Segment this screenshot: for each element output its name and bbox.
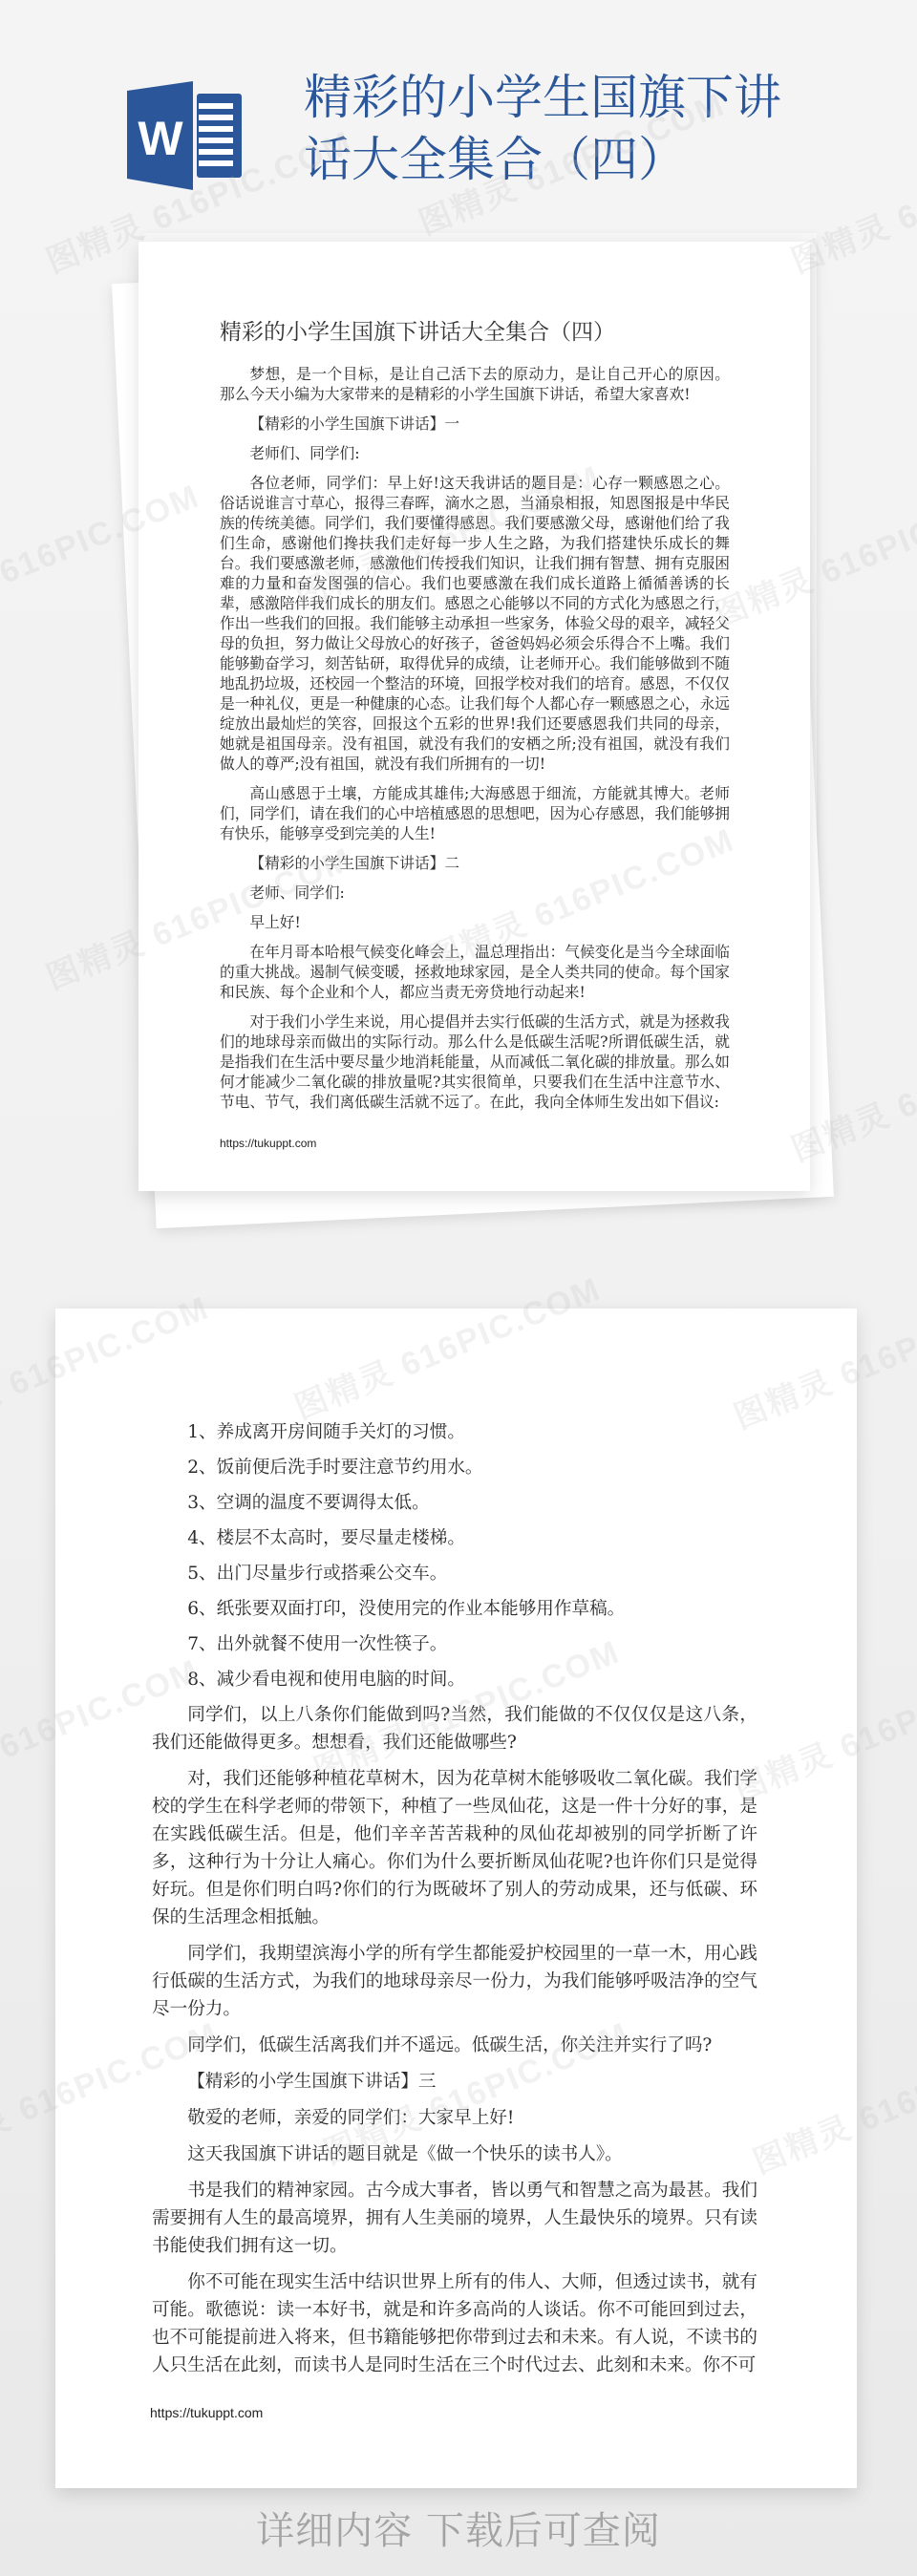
- document-title: 精彩的小学生国旗下讲话大全集合（四）: [220, 318, 730, 347]
- greeting: 老师、同学们:: [220, 883, 730, 903]
- download-notice: 详细内容 下载后可查阅: [0, 2504, 917, 2558]
- list-item: 5、出门尽量步行或搭乘公交车。: [152, 1560, 757, 1587]
- list-item: 1、养成离开房间随手关灯的习惯。: [152, 1418, 757, 1446]
- section-heading-3: 【精彩的小学生国旗下讲话】三: [152, 2068, 757, 2096]
- body-paragraph: 对，我们还能够种植花草树木，因为花草树木能够吸收二氧化碳。我们学校的学生在科学老…: [152, 1765, 757, 1931]
- page-footer-url: https://tukuppt.com: [220, 1137, 730, 1150]
- body-paragraph: 在年月哥本哈根气候变化峰会上，温总理指出：气候变化是当今全球面临的重大挑战。遏制…: [220, 942, 730, 1002]
- list-item: 3、空调的温度不要调得太低。: [152, 1489, 757, 1517]
- body-paragraph: 对于我们小学生来说，用心提倡并去实行低碳的生活方式，就是为拯救我们的地球母亲而做…: [220, 1011, 730, 1112]
- list-item: 6、纸张要双面打印，没使用完的作业本能够用作草稿。: [152, 1595, 757, 1623]
- body-paragraph: 同学们，以上八条你们能做到吗?当然，我们能做的不仅仅仅是这八条，我们还能做得更多…: [152, 1701, 757, 1756]
- hero-title: 精彩的小学生国旗下讲 话大全集合（四）: [304, 67, 896, 191]
- greeting: 老师们、同学们:: [220, 443, 730, 463]
- body-paragraph: 同学们，低碳生活离我们并不遥远。低碳生活，你关注并实行了吗?: [152, 2032, 757, 2059]
- word-document-icon: W: [122, 78, 246, 193]
- greeting: 早上好!: [220, 912, 730, 932]
- body-paragraph: 这天我国旗下讲话的题目就是《做一个快乐的读书人》。: [152, 2140, 757, 2168]
- body-paragraph: 同学们，我期望滨海小学的所有学生都能爱护校园里的一草一木，用心践行低碳的生活方式…: [152, 1940, 757, 2023]
- svg-text:W: W: [138, 112, 183, 165]
- list-item: 4、楼层不太高时，要尽量走楼梯。: [152, 1524, 757, 1552]
- body-paragraph: 你不可能在现实生活中结识世界上所有的伟人、大师，但透过读书，就有可能。歌德说：读…: [152, 2268, 757, 2379]
- body-paragraph: 高山感恩于土壤，方能成其雄伟;大海感恩于细流，方能就其博大。老师们，同学们，请在…: [220, 783, 730, 843]
- body-paragraph: 书是我们的精神家园。古今成大事者，皆以勇气和智慧之高为最甚。我们需要拥有人生的最…: [152, 2177, 757, 2260]
- list-item: 2、饭前便后洗手时要注意节约用水。: [152, 1454, 757, 1481]
- document-page-2: 1、养成离开房间随手关灯的习惯。 2、饭前便后洗手时要注意节约用水。 3、空调的…: [55, 1309, 857, 2488]
- greeting: 敬爱的老师，亲爱的同学们：大家早上好!: [152, 2104, 757, 2132]
- hero-title-line-2: 话大全集合（四）: [304, 129, 896, 191]
- document-page-1: 精彩的小学生国旗下讲话大全集合（四） 梦想，是一个目标，是让自己活下去的原动力，…: [139, 242, 810, 1191]
- list-item: 7、出外就餐不使用一次性筷子。: [152, 1630, 757, 1658]
- list-item: 8、减少看电视和使用电脑的时间。: [152, 1666, 757, 1693]
- body-paragraph: 各位老师，同学们：早上好!这天我讲话的题目是：心存一颗感恩之心。俗话说谁言寸草心…: [220, 473, 730, 774]
- page-footer-url: https://tukuppt.com: [150, 2405, 757, 2420]
- section-heading-1: 【精彩的小学生国旗下讲话】一: [220, 414, 730, 434]
- hero-title-line-1: 精彩的小学生国旗下讲: [304, 67, 896, 129]
- section-heading-2: 【精彩的小学生国旗下讲话】二: [220, 853, 730, 873]
- intro-paragraph: 梦想，是一个目标，是让自己活下去的原动力，是让自己开心的原因。 那么今天小编为大…: [220, 364, 730, 404]
